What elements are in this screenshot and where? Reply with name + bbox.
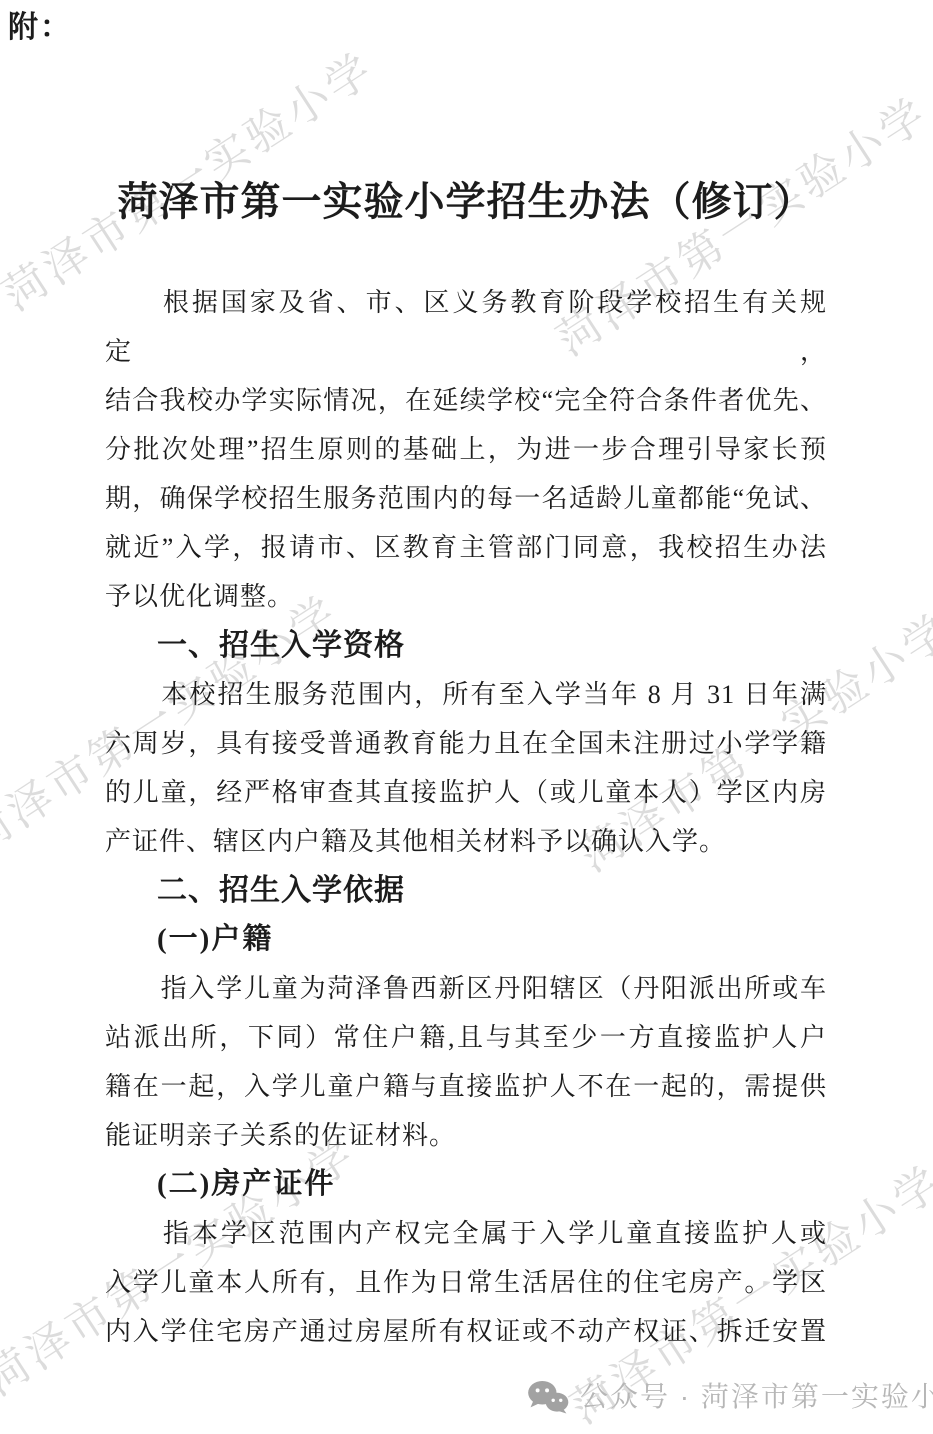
hukou-paragraph: 指入学儿童为菏泽鲁西新区丹阳辖区（丹阳派出所或车站派出所，下同）常住户籍,且与其…: [105, 964, 827, 1160]
document-page: 菏泽市第一实验小学 菏泽市第一实验小学 菏泽市第一实验小学 菏泽市第一实验小学 …: [0, 0, 933, 1434]
attachment-label: 附：: [8, 2, 72, 46]
public-account-label: 公众号 · 菏泽市第一实验小学: [580, 1379, 933, 1415]
wechat-icon: [527, 1380, 569, 1414]
subsection-heading-hukou: (一)户籍: [105, 915, 827, 964]
property-paragraph: 指本学区范围内产权完全属于入学儿童直接监护人或入学儿童本人所有，且作为日常生活居…: [105, 1209, 827, 1356]
intro-paragraph: 根据国家及省、市、区义务教育阶段学校招生有关规定，结合我校办学实际情况，在延续学…: [105, 278, 827, 621]
subsection-heading-property: (二)房产证件: [105, 1160, 827, 1209]
document-title: 菏泽市第一实验小学招生办法（修订）: [105, 178, 827, 226]
document-body: 菏泽市第一实验小学招生办法（修订） 根据国家及省、市、区义务教育阶段学校招生有关…: [105, 178, 827, 1356]
eligibility-paragraph: 本校招生服务范围内，所有至入学当年 8 月 31 日年满六周岁，具有接受普通教育…: [105, 670, 827, 866]
section-heading-basis: 二、招生入学依据: [105, 866, 827, 915]
section-heading-eligibility: 一、招生入学资格: [105, 621, 827, 670]
public-account-footer: 公众号 · 菏泽市第一实验小学: [527, 1379, 933, 1415]
